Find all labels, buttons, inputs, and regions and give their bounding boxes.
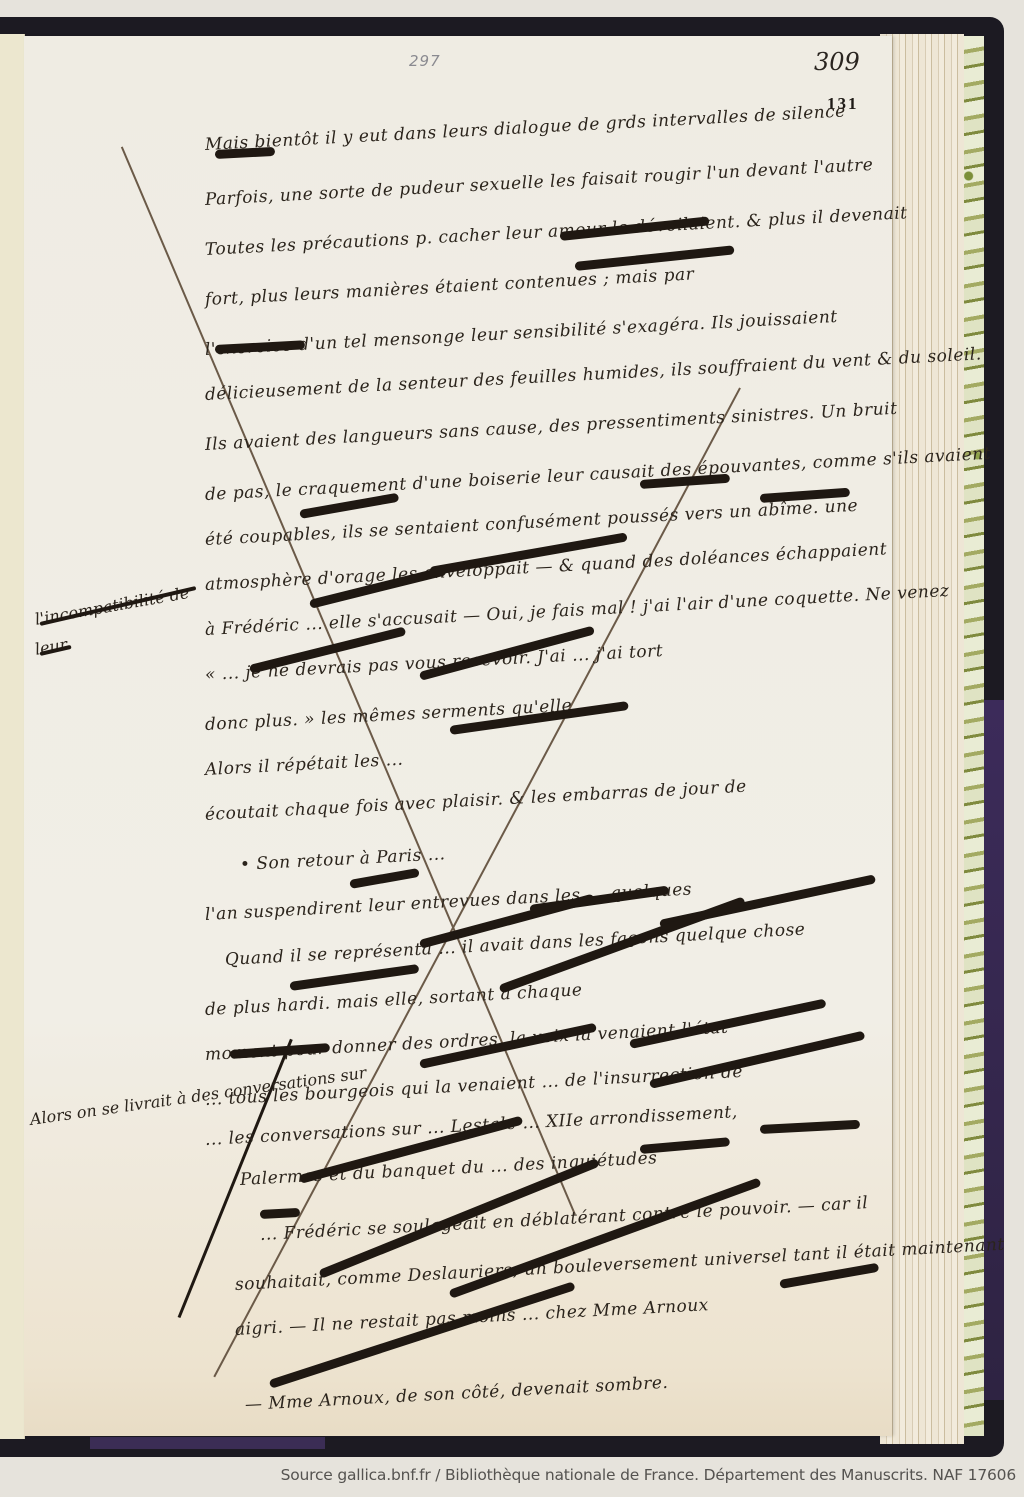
strikethrough [260, 1208, 300, 1219]
manuscript-line: Mais bientôt il y eut dans leurs dialogu… [204, 101, 846, 155]
strikethrough [760, 1120, 860, 1134]
manuscript-page: 297 309 131 Mais bientôt il y eut dans l… [24, 36, 892, 1436]
binding-purple-strip [90, 1437, 325, 1449]
stacked-page-edges [880, 34, 964, 1444]
manuscript-line: Toutes les précautions p. cacher leur am… [204, 203, 907, 260]
manuscript-line: l'exercice d'un tel mensonge leur sensib… [204, 307, 838, 360]
folio-ink-number: 309 [814, 48, 860, 76]
manuscript-line: de pas, le craquement d'une boiserie leu… [204, 444, 991, 505]
binding-right-edge [984, 700, 1004, 1400]
manuscript-line: Quand il se représenta ... il avait dans… [224, 920, 805, 970]
marbled-endpaper [962, 36, 984, 1436]
folio-pencil-number: 297 [409, 52, 441, 70]
facing-page-edge [0, 34, 25, 1439]
manuscript-line: de plus hardi. mais elle, sortant à chaq… [204, 980, 583, 1020]
manuscript-line: Palermes et du banquet du ... des inquié… [239, 1148, 657, 1190]
manuscript-line: écoutait chaque fois avec plaisir. & les… [204, 777, 747, 825]
manuscript-line: — Mme Arnoux, de son côté, devenait somb… [244, 1373, 668, 1415]
manuscript-line: été coupables, ils se sentaient confusém… [204, 496, 858, 550]
source-caption: Source gallica.bnf.fr / Bibliothèque nat… [281, 1466, 1016, 1484]
manuscript-line: Alors il répétait les ... [204, 750, 403, 780]
strikethrough [349, 868, 419, 889]
manuscript-line: fort, plus leurs manières étaient conten… [204, 264, 694, 310]
manuscript-line: ... Frédéric se soulageait en déblatéran… [259, 1193, 868, 1245]
strikethrough [289, 964, 419, 991]
strikethrough [779, 1263, 879, 1289]
manuscript-line: Ils avaient des langueurs sans cause, de… [204, 399, 897, 455]
strikethrough [448, 1177, 761, 1298]
strikethrough [640, 1137, 730, 1154]
manuscript-line: Parfois, une sorte de pudeur sexuelle le… [204, 155, 873, 210]
strikethrough [215, 147, 275, 159]
